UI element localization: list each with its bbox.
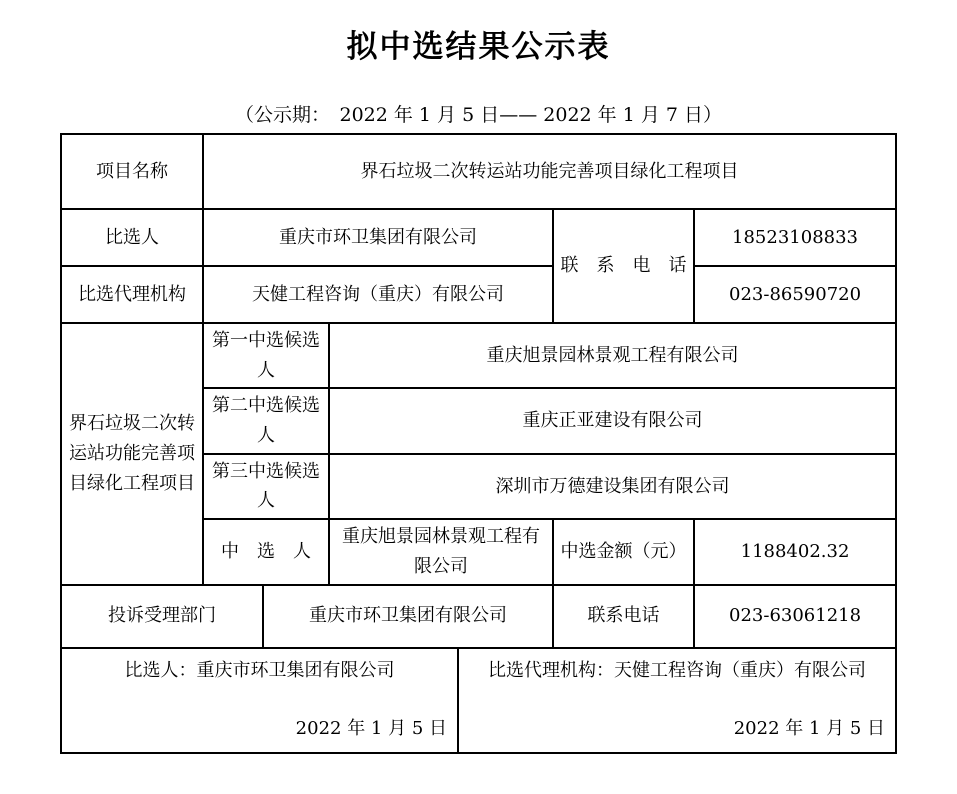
winner-value: 重庆旭景园林景观工程有限公司 <box>329 519 553 584</box>
page-title: 拟中选结果公示表 <box>0 0 957 68</box>
signature-right-name: 比选代理机构：天健工程咨询（重庆）有限公司 <box>463 657 891 685</box>
agency-phone: 023-86590720 <box>694 266 896 323</box>
table-row: 比选代理机构 天健工程咨询（重庆）有限公司 023-86590720 <box>61 266 896 323</box>
signature-right-cell: 比选代理机构：天健工程咨询（重庆）有限公司 2022 年 1 月 5 日 <box>458 648 896 753</box>
signature-left-date: 2022 年 1 月 5 日 <box>66 715 453 743</box>
complaint-phone: 023-63061218 <box>694 585 896 648</box>
table-row: 投诉受理部门 重庆市环卫集团有限公司 联系电话 023-63061218 <box>61 585 896 648</box>
candidate-1-value: 重庆旭景园林景观工程有限公司 <box>329 323 896 388</box>
project-group-label: 界石垃圾二次转运站功能完善项目绿化工程项目 <box>61 323 203 585</box>
complaint-phone-label: 联系电话 <box>553 585 694 648</box>
agency-value: 天健工程咨询（重庆）有限公司 <box>203 266 553 323</box>
signature-right-date: 2022 年 1 月 5 日 <box>463 715 891 743</box>
comparer-label: 比选人 <box>61 209 203 266</box>
table-row: 项目名称 界石垃圾二次转运站功能完善项目绿化工程项目 <box>61 134 896 209</box>
signature-left-cell: 比选人：重庆市环卫集团有限公司 2022 年 1 月 5 日 <box>61 648 458 753</box>
complaint-label: 投诉受理部门 <box>61 585 263 648</box>
table-row: 界石垃圾二次转运站功能完善项目绿化工程项目 第一中选候选人 重庆旭景园林景观工程… <box>61 323 896 388</box>
winner-label: 中 选 人 <box>203 519 329 584</box>
comparer-phone: 18523108833 <box>694 209 896 266</box>
candidate-2-label: 第二中选候选人 <box>203 388 329 453</box>
contact-phone-label: 联 系 电 话 <box>553 209 694 323</box>
candidate-1-label: 第一中选候选人 <box>203 323 329 388</box>
candidate-3-label: 第三中选候选人 <box>203 454 329 519</box>
agency-label: 比选代理机构 <box>61 266 203 323</box>
result-table: 项目名称 界石垃圾二次转运站功能完善项目绿化工程项目 比选人 重庆市环卫集团有限… <box>60 133 897 754</box>
project-name-label: 项目名称 <box>61 134 203 209</box>
candidate-2-value: 重庆正亚建设有限公司 <box>329 388 896 453</box>
complaint-value: 重庆市环卫集团有限公司 <box>263 585 553 648</box>
candidate-3-value: 深圳市万德建设集团有限公司 <box>329 454 896 519</box>
table-row: 比选人 重庆市环卫集团有限公司 联 系 电 话 18523108833 <box>61 209 896 266</box>
table-row: 比选人：重庆市环卫集团有限公司 2022 年 1 月 5 日 比选代理机构：天健… <box>61 648 896 753</box>
document-page: 拟中选结果公示表 （公示期： 2022 年 1 月 5 日—— 2022 年 1… <box>0 0 957 794</box>
project-name-value: 界石垃圾二次转运站功能完善项目绿化工程项目 <box>203 134 896 209</box>
publicity-period: （公示期： 2022 年 1 月 5 日—— 2022 年 1 月 7 日） <box>0 102 957 128</box>
comparer-value: 重庆市环卫集团有限公司 <box>203 209 553 266</box>
winner-amount: 1188402.32 <box>694 519 896 584</box>
signature-left-name: 比选人：重庆市环卫集团有限公司 <box>66 657 453 685</box>
winner-amount-label: 中选金额（元） <box>553 519 694 584</box>
